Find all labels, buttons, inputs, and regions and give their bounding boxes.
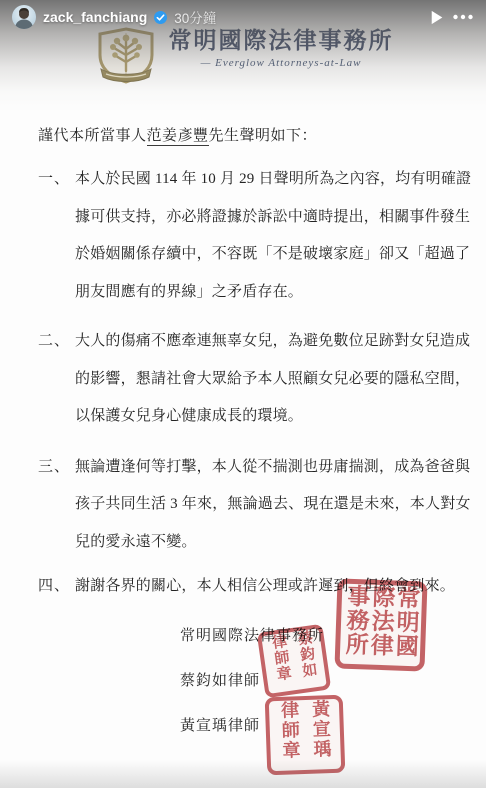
- firm-seal-text: 常明國際法律事務所: [342, 584, 420, 667]
- text-line: 無論遭逢何等打擊，本人從不揣測也毋庸揣測，成為爸爸與: [75, 449, 471, 487]
- bottom-gradient-overlay: [0, 760, 486, 788]
- text-line: 據可供支持，亦必將證據於訴訟中適時提出，相關事件發生: [75, 199, 471, 237]
- lawyer-2-seal-text: 黃宣瑀律師章: [273, 699, 337, 771]
- firm-logo-shield-icon: [93, 27, 159, 85]
- avatar-photo: [12, 5, 36, 29]
- firm-seal-stamp: 常明國際法律事務所: [334, 578, 427, 671]
- intro-line: 謹代本所當事人范姜彥豐先生聲明如下：: [38, 124, 448, 145]
- item-3-label: 三、: [38, 449, 75, 487]
- item-2-text: 大人的傷痛不應牽連無辜女兒，為避免數位足跡對女兒造成 的影響，懇請社會大眾給予本…: [75, 323, 470, 436]
- item-2-label: 二、: [38, 323, 75, 361]
- item-3-text: 無論遭逢何等打擊，本人從不揣測也毋庸揣測，成為爸爸與 孩子共同生活 3 年來，無…: [75, 449, 471, 562]
- text-line: 的影響，懇請社會大眾給予本人照顧女兒必要的隱私空間，: [75, 361, 470, 399]
- intro-suffix: 先生聲明如下：: [209, 128, 318, 144]
- intro-prefix: 謹代本所當事人: [38, 128, 147, 144]
- story-header: zack_fanchiang 30分鐘: [0, 0, 486, 34]
- item-1-text: 本人於民國 114 年 10 月 29 日聲明所為之內容，均有明確證 據可供支持…: [75, 161, 471, 311]
- text-line: 本人於民國 114 年 10 月 29 日聲明所為之內容，均有明確證: [75, 161, 471, 199]
- text-line: 孩子共同生活 3 年來，無論過去、現在還是未來，本人對女: [75, 486, 471, 524]
- lawyer-1-seal-text: 蔡鈞如律師章: [264, 629, 324, 694]
- lawyer-2-seal-stamp: 黃宣瑀律師章: [265, 695, 346, 776]
- text-line: 於婚姻關係存續中，不容既「不是破壞家庭」卻又「超過了: [75, 236, 471, 274]
- item-4-label: 四、: [38, 568, 75, 606]
- statement-item-1: 一、 本人於民國 114 年 10 月 29 日聲明所為之內容，均有明確證 據可…: [38, 161, 448, 311]
- play-button[interactable]: [428, 9, 445, 26]
- story-timestamp: 30分鐘: [174, 7, 216, 27]
- text-line: 朋友間應有的界線」之矛盾存在。: [75, 274, 471, 312]
- item-1-label: 一、: [38, 161, 75, 199]
- client-name: 范姜彥豐: [147, 128, 209, 146]
- text-line: 以保護女兒身心健康成長的環境。: [75, 398, 470, 436]
- statement-item-2: 二、 大人的傷痛不應牽連無辜女兒，為避免數位足跡對女兒造成 的影響，懇請社會大眾…: [38, 323, 448, 436]
- firm-name-en: — Everglow Attorneys-at-Law: [169, 57, 394, 69]
- text-line: 兒的愛永遠不變。: [75, 524, 471, 562]
- statement-item-3: 三、 無論遭逢何等打擊，本人從不揣測也毋庸揣測，成為爸爸與 孩子共同生活 3 年…: [38, 449, 448, 562]
- avatar[interactable]: [12, 5, 36, 29]
- verified-badge-icon: [154, 11, 167, 24]
- story-username[interactable]: zack_fanchiang: [43, 9, 147, 25]
- story-viewer: zack_fanchiang 30分鐘: [0, 0, 486, 788]
- text-line: 大人的傷痛不應牽連無辜女兒，為避免數位足跡對女兒造成: [75, 323, 470, 361]
- more-options-button[interactable]: [452, 10, 474, 24]
- lawyer-1-seal-stamp: 蔡鈞如律師章: [257, 624, 332, 699]
